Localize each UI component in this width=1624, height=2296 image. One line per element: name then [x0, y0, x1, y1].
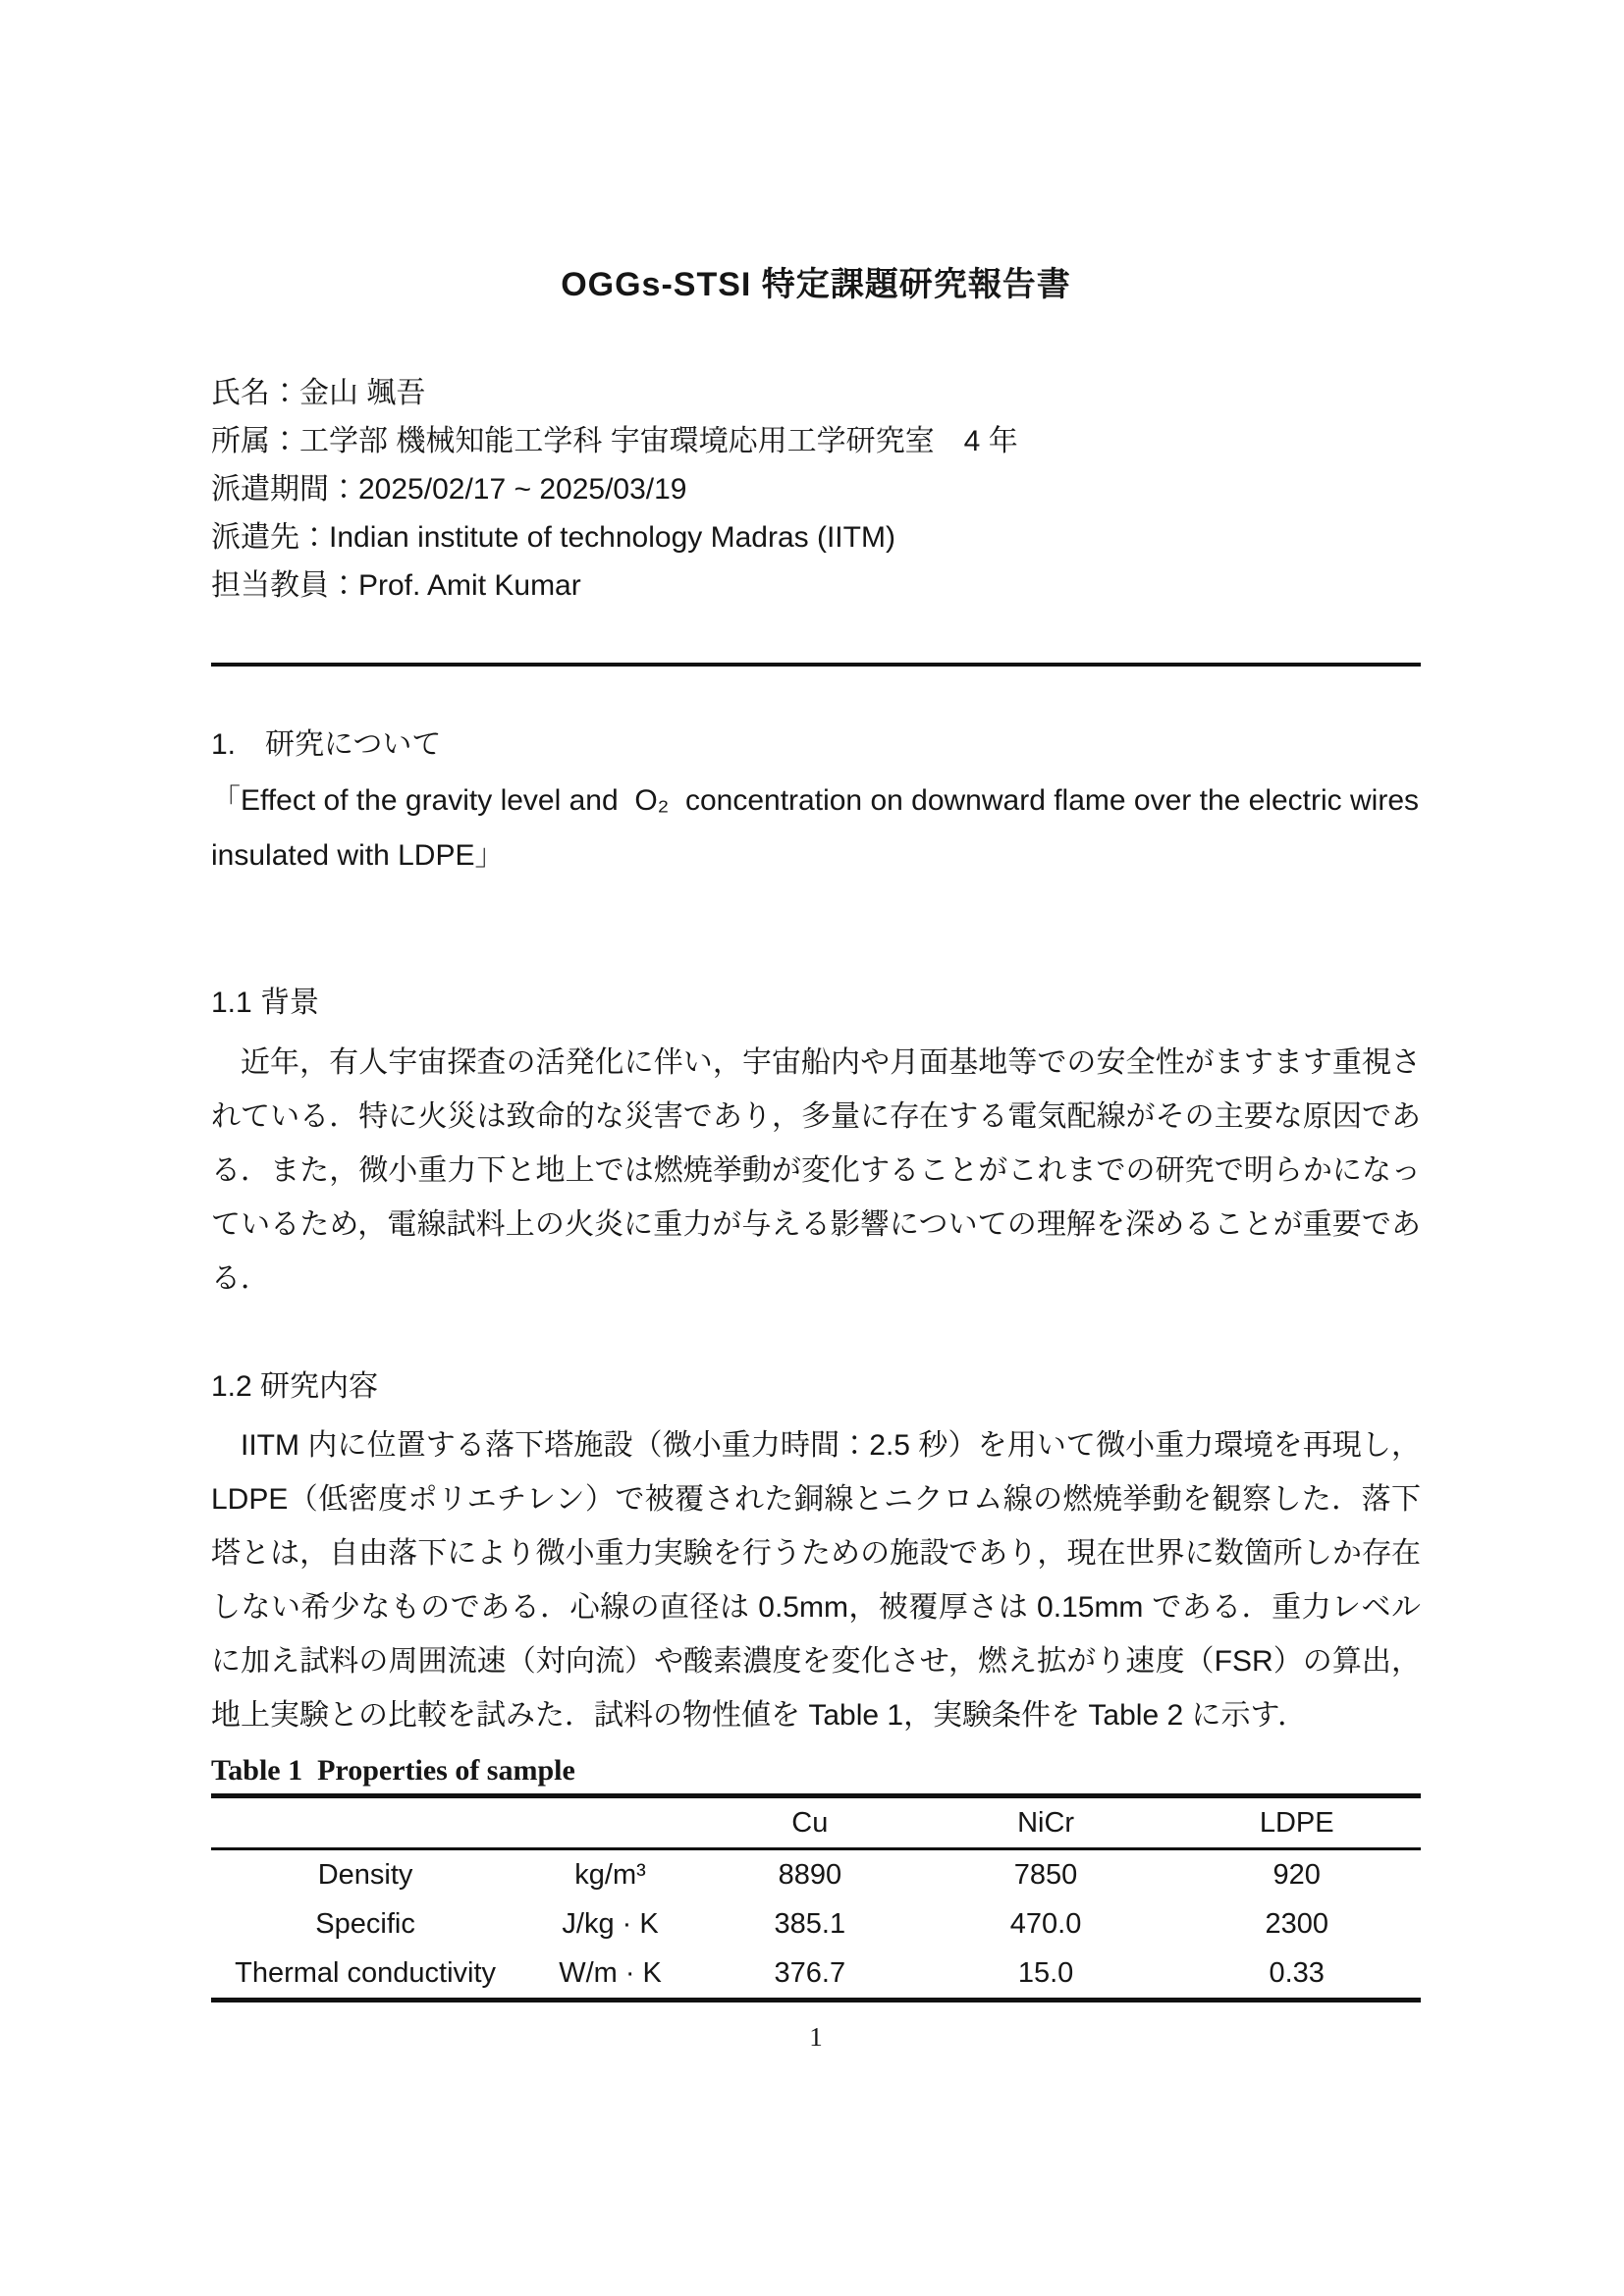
cell-unit: kg/m³ [519, 1849, 701, 1900]
table-row: Density kg/m³ 8890 7850 920 [211, 1849, 1421, 1900]
section-content-body: IITM 内に位置する落下塔施設（微小重力時間：2.5 秒）を用いて微小重力環境… [211, 1418, 1421, 1742]
section-content-heading: 1.2 研究内容 [211, 1360, 1421, 1414]
cell-nicr-value: 15.0 [919, 1949, 1173, 2001]
properties-table: Cu NiCr LDPE Density kg/m³ 8890 7850 920… [211, 1793, 1421, 2002]
header-info-block: 氏名：金山 颯吾 所属：工学部 機械知能工学科 宇宙環境応用工学研究室 4 年 … [211, 369, 1421, 610]
cell-nicr-value: 470.0 [919, 1899, 1173, 1949]
info-advisor: 担当教員：Prof. Amit Kumar [211, 561, 1421, 610]
header-cell-cu: Cu [701, 1796, 919, 1849]
header-cell-unit-empty [519, 1796, 701, 1849]
table1-caption: Table 1 Properties of sample [211, 1750, 1421, 1791]
table-row: Thermal conductivity W/m · K 376.7 15.0 … [211, 1949, 1421, 2001]
cell-ldpe-value: 2300 [1172, 1899, 1421, 1949]
info-dispatch-period: 派遣期間：2025/02/17 ~ 2025/03/19 [211, 465, 1421, 513]
cell-cu-value: 385.1 [701, 1899, 919, 1949]
header-cell-nicr: NiCr [919, 1796, 1173, 1849]
cell-property: Thermal conductivity [211, 1949, 519, 2001]
document-title: OGGs-STSI 特定課題研究報告書 [211, 0, 1421, 306]
cell-nicr-value: 7850 [919, 1849, 1173, 1900]
research-title-quote: 「Effect of the gravity level and O₂ conc… [211, 774, 1421, 883]
header-cell-property-empty [211, 1796, 519, 1849]
table-row: Specific J/kg · K 385.1 470.0 2300 [211, 1899, 1421, 1949]
section-content: 1.2 研究内容 IITM 内に位置する落下塔施設（微小重力時間：2.5 秒）を… [211, 1360, 1421, 1742]
report-page: OGGs-STSI 特定課題研究報告書 氏名：金山 颯吾 所属：工学部 機械知能… [0, 0, 1624, 2296]
cell-ldpe-value: 920 [1172, 1849, 1421, 1900]
cell-cu-value: 8890 [701, 1849, 919, 1900]
table1-block: Table 1 Properties of sample Cu NiCr LDP… [211, 1750, 1421, 2002]
cell-property: Density [211, 1849, 519, 1900]
info-affiliation: 所属：工学部 機械知能工学科 宇宙環境応用工学研究室 4 年 [211, 417, 1421, 465]
info-dispatch-destination: 派遣先：Indian institute of technology Madra… [211, 513, 1421, 561]
cell-unit: W/m · K [519, 1949, 701, 2001]
section-background: 1.1 背景 近年，有人宇宙探査の活発化に伴い，宇宙船内や月面基地等での安全性が… [211, 976, 1421, 1306]
section-background-heading: 1.1 背景 [211, 976, 1421, 1030]
cell-property: Specific [211, 1899, 519, 1949]
table-header-row: Cu NiCr LDPE [211, 1796, 1421, 1849]
page-number: 1 [211, 2018, 1421, 2056]
section-research: 1. 研究について 「Effect of the gravity level a… [211, 718, 1421, 883]
header-cell-ldpe: LDPE [1172, 1796, 1421, 1849]
cell-cu-value: 376.7 [701, 1949, 919, 2001]
cell-unit: J/kg · K [519, 1899, 701, 1949]
section-research-heading: 1. 研究について [211, 718, 1421, 772]
section-background-body: 近年，有人宇宙探査の活発化に伴い，宇宙船内や月面基地等での安全性がますます重視さ… [211, 1036, 1421, 1306]
header-divider-rule [211, 663, 1421, 667]
cell-ldpe-value: 0.33 [1172, 1949, 1421, 2001]
info-name: 氏名：金山 颯吾 [211, 369, 1421, 417]
